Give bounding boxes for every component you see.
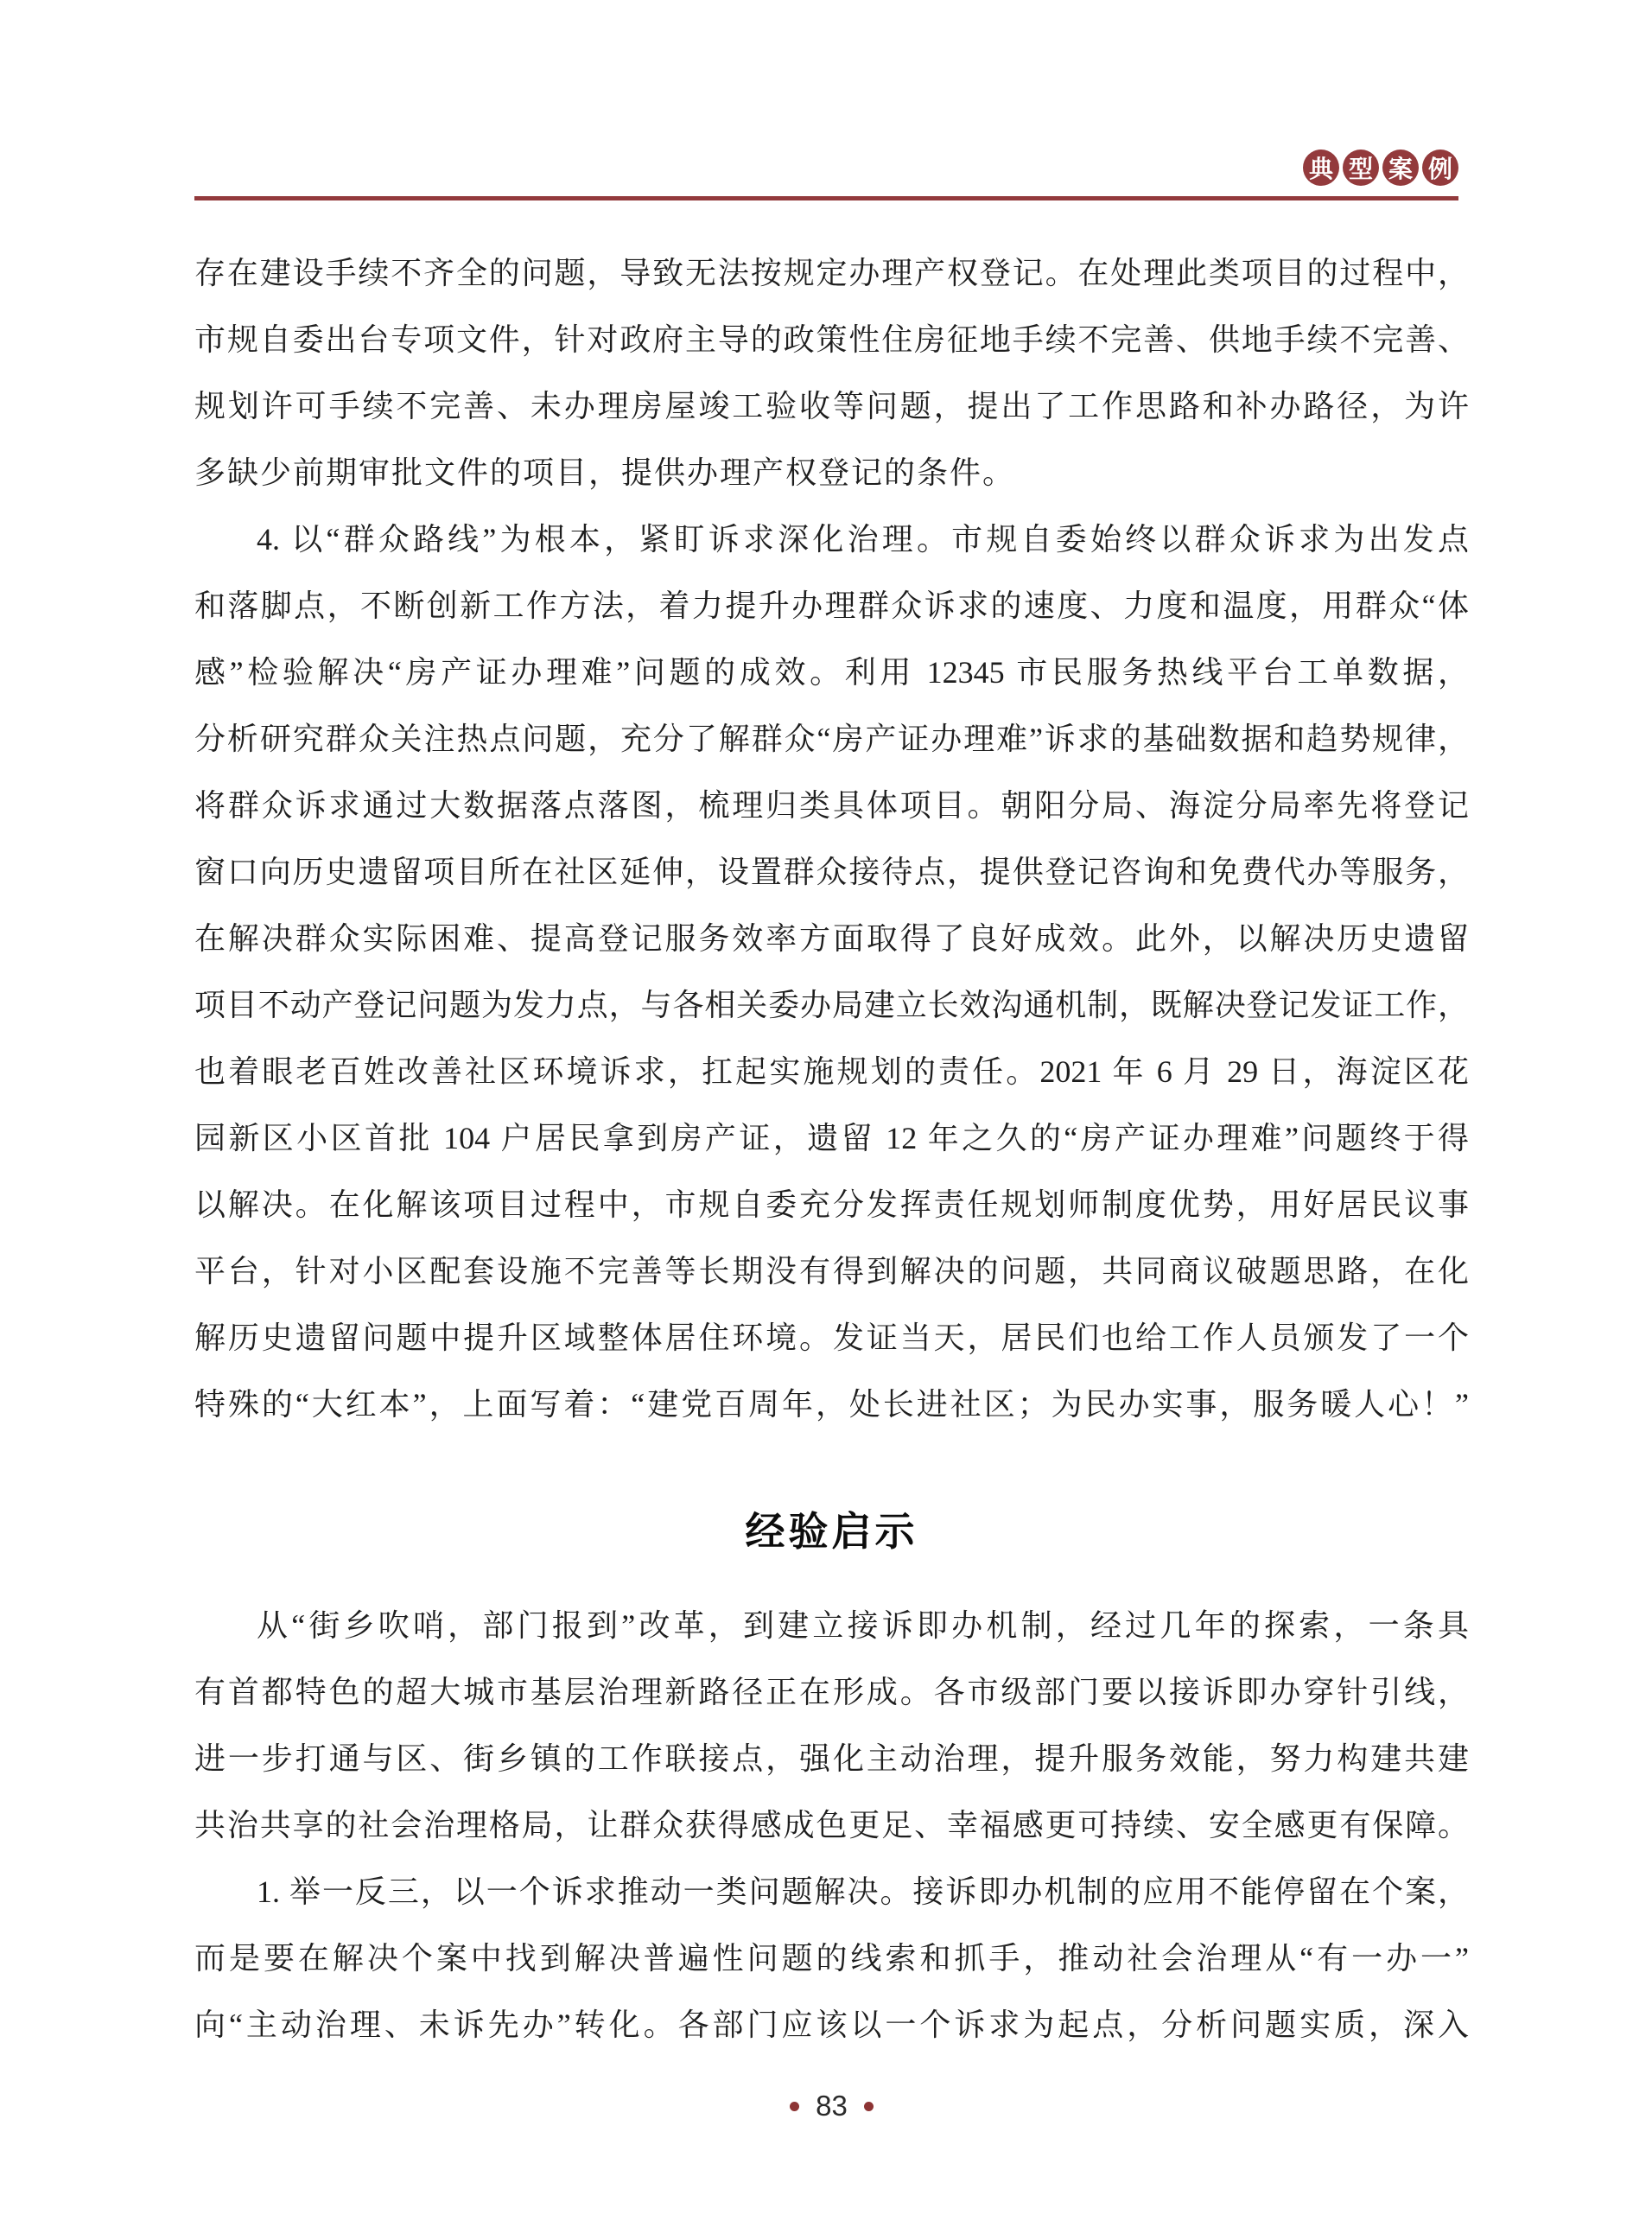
text-line: 将群众诉求通过大数据落点落图，梳理归类具体项目。朝阳分局、海淀分局率先将登记 bbox=[194, 773, 1469, 839]
text-line: 平台，针对小区配套设施不完善等长期没有得到解决的问题，共同商议破题思路，在化 bbox=[194, 1238, 1469, 1305]
body-part-2: 从“街乡吹哨，部门报到”改革，到建立接诉即办机制，经过几年的探索，一条具有首都特… bbox=[194, 1593, 1469, 2059]
badge-circle: 典 bbox=[1303, 150, 1339, 186]
text-line: 市规自委出台专项文件，针对政府主导的政策性住房征地手续不完善、供地手续不完善、 bbox=[194, 307, 1469, 373]
text-line: 窗口向历史遗留项目所在社区延伸，设置群众接待点，提供登记咨询和免费代办等服务， bbox=[194, 839, 1469, 906]
text-line: 园新区小区首批 104 户居民拿到房产证，遗留 12 年之久的“房产证办理难”问… bbox=[194, 1105, 1469, 1172]
text-line: 以解决。在化解该项目过程中，市规自委充分发挥责任规划师制度优势，用好居民议事 bbox=[194, 1172, 1469, 1238]
text-line: 多缺少前期审批文件的项目，提供办理产权登记的条件。 bbox=[194, 440, 1469, 506]
text-line: 分析研究群众关注热点问题，充分了解群众“房产证办理难”诉求的基础数据和趋势规律， bbox=[194, 706, 1469, 773]
footer-dot-left bbox=[790, 2102, 799, 2111]
text-line: 规划许可手续不完善、未办理房屋竣工验收等问题，提出了工作思路和补办路径，为许 bbox=[194, 373, 1469, 440]
badge-circle: 例 bbox=[1422, 150, 1458, 186]
badge-circle: 案 bbox=[1382, 150, 1419, 186]
text-line: 共治共享的社会治理格局，让群众获得感成色更足、幸福感更可持续、安全感更有保障。 bbox=[194, 1792, 1469, 1859]
text-line: 和落脚点，不断创新工作方法，着力提升办理群众诉求的速度、力度和温度，用群众“体 bbox=[194, 573, 1469, 640]
text-line: 项目不动产登记问题为发力点，与各相关委办局建立长效沟通机制，既解决登记发证工作， bbox=[194, 972, 1469, 1039]
text-line: 也着眼老百姓改善社区环境诉求，扛起实施规划的责任。2021 年 6 月 29 日… bbox=[194, 1039, 1469, 1105]
page-footer: 83 bbox=[194, 2090, 1469, 2122]
text-line: 向“主动治理、未诉先办”转化。各部门应该以一个诉求为起点，分析问题实质，深入 bbox=[194, 1992, 1469, 2059]
document-page: 典型案例 存在建设手续不齐全的问题，导致无法按规定办理产权登记。在处理此类项目的… bbox=[0, 0, 1652, 2240]
text-line: 在解决群众实际困难、提高登记服务效率方面取得了良好成效。此外，以解决历史遗留 bbox=[194, 906, 1469, 972]
section-heading: 经验启示 bbox=[194, 1504, 1469, 1559]
text-line: 而是要在解决个案中找到解决普遍性问题的线索和抓手，推动社会治理从“有一办一” bbox=[194, 1925, 1469, 1992]
text-line: 进一步打通与区、街乡镇的工作联接点，强化主动治理，提升服务效能，努力构建共建 bbox=[194, 1726, 1469, 1792]
text-line: 特殊的“大红本”，上面写着：“建党百周年，处长进社区；为民办实事，服务暖人心！” bbox=[194, 1371, 1469, 1438]
text-line: 存在建设手续不齐全的问题，导致无法按规定办理产权登记。在处理此类项目的过程中， bbox=[194, 240, 1469, 307]
badge-circle: 型 bbox=[1343, 150, 1379, 186]
footer-dot-right bbox=[864, 2102, 874, 2111]
text-line: 从“街乡吹哨，部门报到”改革，到建立接诉即办机制，经过几年的探索，一条具 bbox=[194, 1593, 1469, 1659]
text-line: 感”检验解决“房产证办理难”问题的成效。利用 12345 市民服务热线平台工单数… bbox=[194, 640, 1469, 706]
text-line: 1. 举一反三，以一个诉求推动一类问题解决。接诉即办机制的应用不能停留在个案， bbox=[194, 1859, 1469, 1925]
text-line: 4. 以“群众路线”为根本，紧盯诉求深化治理。市规自委始终以群众诉求为出发点 bbox=[194, 506, 1469, 573]
body-part-1: 存在建设手续不齐全的问题，导致无法按规定办理产权登记。在处理此类项目的过程中，市… bbox=[194, 240, 1469, 1438]
page-number: 83 bbox=[816, 2090, 848, 2122]
text-line: 解历史遗留问题中提升区域整体居住环境。发证当天，居民们也给工作人员颁发了一个 bbox=[194, 1305, 1469, 1371]
header-badges: 典型案例 bbox=[1303, 150, 1458, 186]
text-line: 有首都特色的超大城市基层治理新路径正在形成。各市级部门要以接诉即办穿针引线， bbox=[194, 1659, 1469, 1726]
header-rule bbox=[194, 196, 1458, 200]
